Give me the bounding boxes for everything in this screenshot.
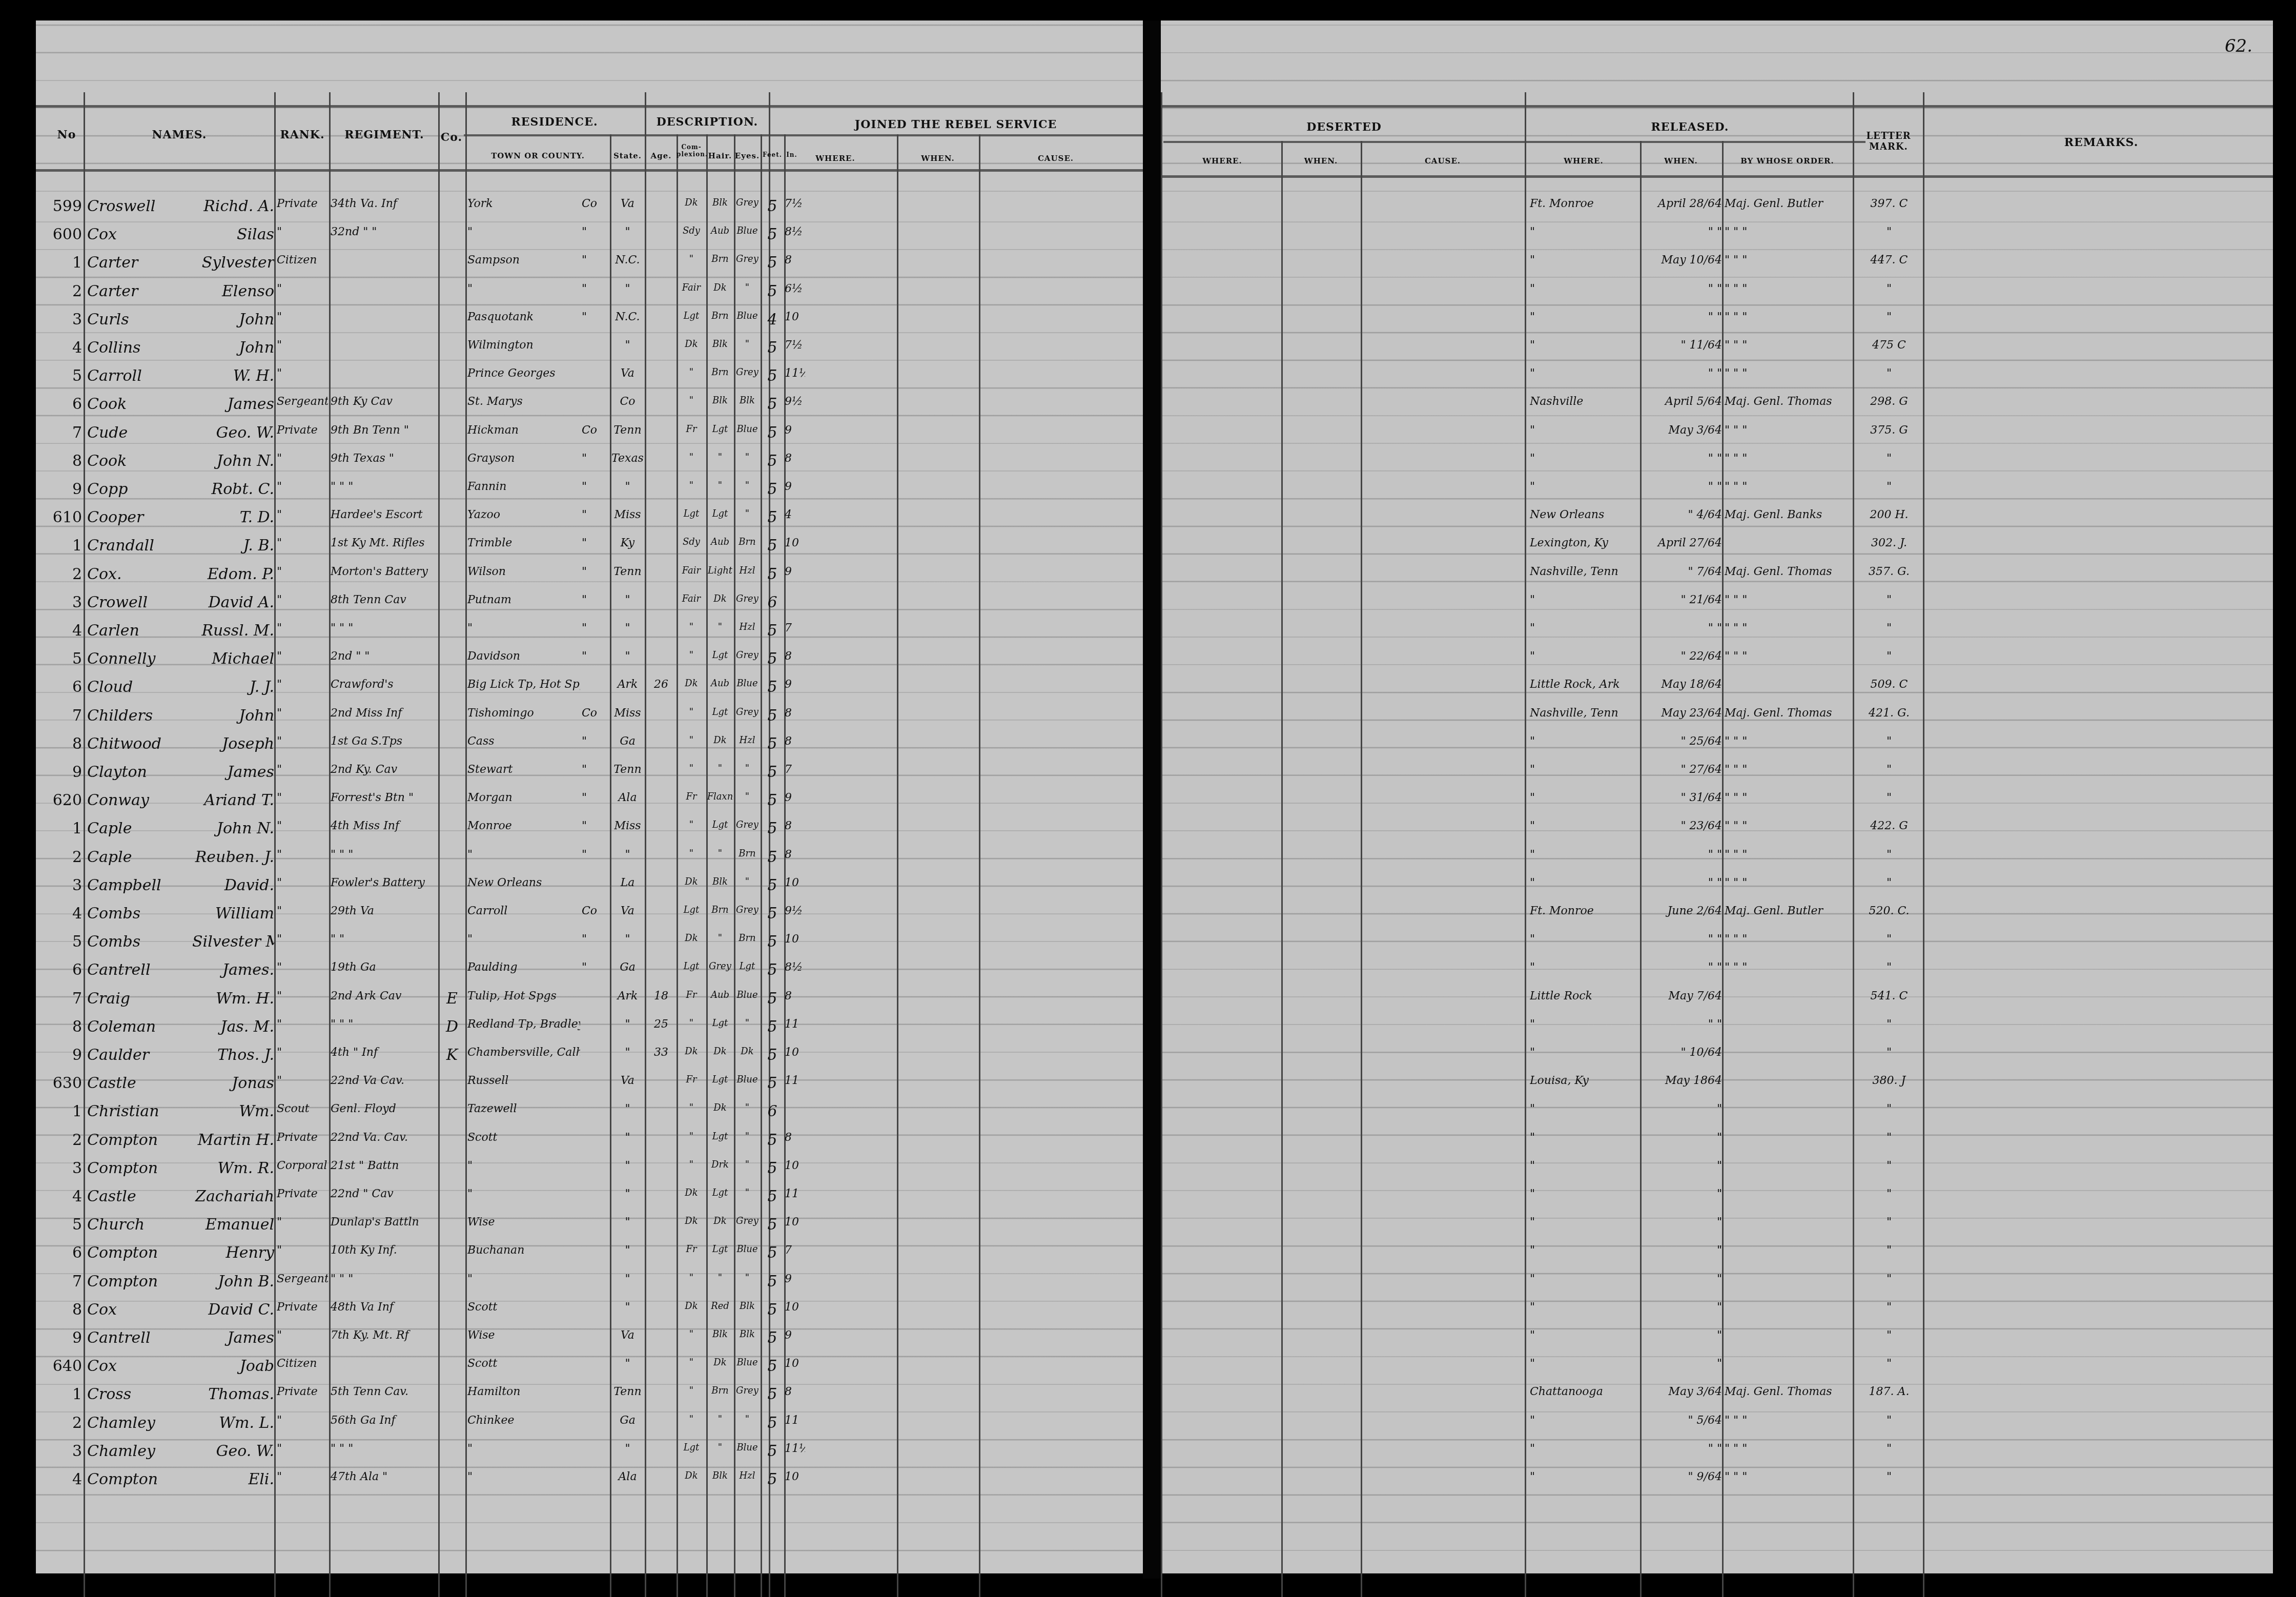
released-when: " "	[1643, 311, 1722, 323]
state: "	[611, 480, 644, 493]
hair: Lgt	[706, 1187, 734, 1198]
regiment: 2nd Ark Cav	[331, 990, 438, 1002]
given-name: David.	[192, 876, 274, 894]
row-number: 3	[41, 311, 82, 329]
complexion: Fr	[676, 424, 706, 435]
released-when: "	[1643, 1159, 1722, 1172]
hair: Aub	[706, 537, 734, 547]
released-by-order: " " "	[1725, 226, 1853, 238]
eyes: Grey	[734, 1385, 761, 1396]
released-when: " "	[1643, 367, 1722, 380]
complexion: "	[676, 707, 706, 718]
letter-mark: "	[1856, 1159, 1922, 1172]
state: Va	[611, 1329, 644, 1342]
surname: Curls	[87, 311, 190, 329]
town-or-county: New Orleans	[467, 876, 580, 889]
height-feet: 5	[761, 1046, 784, 1064]
height-inches: 7	[785, 622, 805, 634]
town-or-county: Big Lick Tp, Hot Spgs	[467, 678, 580, 691]
letter-mark: "	[1856, 1301, 1922, 1314]
released-when: May 3/64	[1643, 1385, 1722, 1398]
height-feet: 5	[761, 1385, 784, 1403]
table-row: 610 Cooper T. D. " Hardee's Escort Yazoo…	[0, 508, 2296, 535]
eyes: Blk	[734, 395, 761, 406]
letter-mark: "	[1856, 311, 1922, 323]
row-number: 2	[41, 848, 82, 866]
surname: Christian	[87, 1102, 190, 1120]
hair: "	[706, 452, 734, 463]
rank: "	[277, 1216, 328, 1229]
eyes: "	[734, 791, 761, 802]
town-or-county: "	[467, 1187, 580, 1200]
regiment: 2nd Ky. Cav	[331, 763, 438, 776]
eyes: "	[734, 1159, 761, 1170]
released-by-order: " " "	[1725, 933, 1853, 946]
complexion: Sdy	[676, 226, 706, 236]
released-when: May 23/64	[1643, 707, 1722, 720]
table-row: 3 Compton Wm. R. Corporal 21st " Battn "…	[0, 1159, 2296, 1186]
hair: Aub	[706, 678, 734, 689]
town-or-county: "	[467, 622, 580, 634]
complexion: "	[676, 1131, 706, 1142]
released-by-order: Maj. Genl. Butler	[1725, 905, 1853, 917]
height-inches: 7½	[785, 197, 805, 210]
eyes: Blue	[734, 990, 761, 1000]
state: "	[611, 1216, 644, 1229]
eyes: Blue	[734, 1442, 761, 1453]
header-joined-rebel-service: JOINED THE REBEL SERVICE	[769, 118, 1143, 131]
hair: Blk	[706, 876, 734, 887]
state: "	[611, 593, 644, 606]
given-name: Richd. A.	[192, 197, 274, 215]
released-where: Chattanooga	[1530, 1385, 1640, 1398]
table-row: 4 Collins John " Wilmington " Dk Blk " 5…	[0, 339, 2296, 365]
height-inches: 11	[785, 1414, 805, 1427]
row-number: 7	[41, 1273, 82, 1291]
state: Miss	[611, 707, 644, 720]
letter-mark: "	[1856, 622, 1922, 634]
height-inches: 9	[785, 424, 805, 437]
state: Miss	[611, 508, 644, 521]
letter-mark: "	[1856, 593, 1922, 606]
complexion: "	[676, 820, 706, 830]
row-number: 5	[41, 650, 82, 668]
surname: Combs	[87, 905, 190, 923]
given-name: Wm. H.	[192, 990, 274, 1008]
rank: "	[277, 593, 328, 606]
row-number: 4	[41, 1187, 82, 1205]
regiment: 8th Tenn Cav	[331, 593, 438, 606]
regiment: 48th Va Inf	[331, 1301, 438, 1314]
town-or-county: Trimble	[467, 537, 580, 549]
released-when: " "	[1643, 961, 1722, 974]
hair: Lgt	[706, 1074, 734, 1085]
released-when: May 7/64	[1643, 990, 1722, 1002]
letter-mark: "	[1856, 1442, 1922, 1455]
released-where: "	[1530, 1159, 1640, 1172]
released-where: "	[1530, 1102, 1640, 1115]
released-where: "	[1530, 311, 1640, 323]
state: Tenn	[611, 763, 644, 776]
row-number: 4	[41, 622, 82, 640]
rank: "	[277, 282, 328, 295]
state: "	[611, 848, 644, 861]
rank: "	[277, 1074, 328, 1087]
height-inches: 10	[785, 1046, 805, 1059]
letter-mark: 200 H.	[1856, 508, 1922, 521]
regiment: " " "	[331, 1442, 438, 1455]
complexion: "	[676, 1273, 706, 1283]
state: "	[611, 1187, 644, 1200]
state: Ky	[611, 537, 644, 549]
letter-mark: "	[1856, 961, 1922, 974]
letter-mark: "	[1856, 1329, 1922, 1342]
height-feet: 5	[761, 367, 784, 385]
town-or-county: "	[467, 933, 580, 946]
height-inches: 9½	[785, 905, 805, 917]
given-name: J. J.	[192, 678, 274, 696]
released-by-order: " " "	[1725, 961, 1853, 974]
page-number: 62.	[2225, 36, 2252, 56]
rank: "	[277, 1470, 328, 1483]
row-number: 9	[41, 763, 82, 781]
eyes: Brn	[734, 848, 761, 859]
given-name: James	[192, 1329, 274, 1347]
height-feet: 5	[761, 1273, 784, 1291]
height-inches: 10	[785, 933, 805, 946]
released-where: "	[1530, 961, 1640, 974]
height-inches: 11	[785, 1074, 805, 1087]
released-where: "	[1530, 1329, 1640, 1342]
given-name: John B.	[192, 1273, 274, 1291]
town-or-county: Tulip, Hot Spgs	[467, 990, 580, 1002]
letter-mark: "	[1856, 1470, 1922, 1483]
hair: Lgt	[706, 650, 734, 661]
complexion: "	[676, 480, 706, 491]
regiment: 22nd Va. Cav.	[331, 1131, 438, 1144]
hair: Lgt	[706, 820, 734, 830]
town-or-county: Pasquotank	[467, 311, 580, 323]
letter-mark: "	[1856, 1046, 1922, 1059]
table-row: 2 Cox. Edom. P. " Morton's Battery Wilso…	[0, 565, 2296, 592]
hair: "	[706, 480, 734, 491]
header-no: No	[51, 128, 82, 141]
eyes: "	[734, 480, 761, 491]
released-where: "	[1530, 1187, 1640, 1200]
row-number: 2	[41, 1131, 82, 1149]
height-inches: 10	[785, 311, 805, 323]
hair: Drk	[706, 1159, 734, 1170]
county-suffix: Co	[582, 424, 610, 437]
header-age: Age.	[646, 151, 676, 160]
complexion: "	[676, 395, 706, 406]
town-or-county: "	[467, 226, 580, 238]
county-suffix: "	[582, 961, 610, 974]
height-feet: 5	[761, 1414, 784, 1432]
released-where: Nashville	[1530, 395, 1640, 408]
header-remarks: REMARKS.	[1927, 136, 2275, 149]
surname: Church	[87, 1216, 190, 1234]
height-inches: 8½	[785, 226, 805, 238]
complexion: Dk	[676, 678, 706, 689]
eyes: Blue	[734, 678, 761, 689]
given-name: T. D.	[192, 508, 274, 526]
state: Ala	[611, 791, 644, 804]
surname: Castle	[87, 1074, 190, 1092]
complexion: "	[676, 452, 706, 463]
released-when: " "	[1643, 933, 1722, 946]
complexion: Dk	[676, 197, 706, 208]
eyes: "	[734, 876, 761, 887]
hair: Brn	[706, 1385, 734, 1396]
given-name: Emanuel	[192, 1216, 274, 1234]
released-when: " 22/64	[1643, 650, 1722, 663]
hair: Dk	[706, 1102, 734, 1113]
county-suffix: "	[582, 593, 610, 606]
table-row: 8 Cook John N. " 9th Texas " Grayson " T…	[0, 452, 2296, 479]
rank: "	[277, 1046, 328, 1059]
town-or-county: Russell	[467, 1074, 580, 1087]
state: Texas	[611, 452, 644, 465]
town-or-county: Scott	[467, 1131, 580, 1144]
town-or-county: Stewart	[467, 763, 580, 776]
released-where: Nashville, Tenn	[1530, 565, 1640, 578]
height-inches: 8	[785, 452, 805, 465]
letter-mark: 302. J.	[1856, 537, 1922, 549]
letter-mark: "	[1856, 848, 1922, 861]
row-number: 5	[41, 1216, 82, 1234]
row-number: 3	[41, 593, 82, 611]
town-or-county: Carroll	[467, 905, 580, 917]
given-name: James	[192, 763, 274, 781]
released-when: " 11/64	[1643, 339, 1722, 352]
height-inches: 11	[785, 1187, 805, 1200]
row-number: 9	[41, 1046, 82, 1064]
eyes: Grey	[734, 197, 761, 208]
released-by-order: " " "	[1725, 1470, 1853, 1483]
eyes: "	[734, 763, 761, 774]
released-where: "	[1530, 226, 1640, 238]
height-inches: 8	[785, 990, 805, 1002]
letter-mark: 375. G	[1856, 424, 1922, 437]
header-description: DESCRIPTION.	[646, 115, 769, 129]
header-joined-when: WHEN.	[897, 154, 979, 163]
row-number: 630	[41, 1074, 82, 1092]
town-or-county: Monroe	[467, 820, 580, 832]
height-feet: 5	[761, 282, 784, 300]
height-inches: 9	[785, 791, 805, 804]
complexion: "	[676, 367, 706, 378]
height-feet: 5	[761, 226, 784, 243]
released-when: " 5/64	[1643, 1414, 1722, 1427]
surname: Carlen	[87, 622, 190, 640]
complexion: Fair	[676, 565, 706, 576]
surname: Clayton	[87, 763, 190, 781]
header-released: RELEASED.	[1527, 120, 1853, 134]
regiment: 56th Ga Inf	[331, 1414, 438, 1427]
given-name: Martin H.	[192, 1131, 274, 1149]
height-inches: 8	[785, 254, 805, 267]
regiment: 22nd Va Cav.	[331, 1074, 438, 1087]
eyes: "	[734, 1187, 761, 1198]
eyes: Blue	[734, 1357, 761, 1368]
header-released-where: WHERE.	[1527, 156, 1640, 166]
header-eyes: Eyes.	[734, 151, 761, 160]
town-or-county: Sampson	[467, 254, 580, 267]
surname: Crandall	[87, 537, 190, 555]
state: "	[611, 1301, 644, 1314]
released-where: "	[1530, 791, 1640, 804]
state: Ark	[611, 678, 644, 691]
regiment: Crawford's	[331, 678, 438, 691]
town-or-county: "	[467, 1159, 580, 1172]
height-feet: 5	[761, 933, 784, 951]
released-where: "	[1530, 254, 1640, 267]
eyes: "	[734, 339, 761, 350]
rank: "	[277, 707, 328, 720]
height-feet: 5	[761, 508, 784, 526]
letter-mark: "	[1856, 763, 1922, 776]
company: E	[440, 990, 464, 1008]
surname: Carroll	[87, 367, 190, 385]
height-feet: 5	[761, 424, 784, 442]
height-feet: 5	[761, 1187, 784, 1205]
surname: Compton	[87, 1131, 190, 1149]
state: "	[611, 1273, 644, 1285]
company: D	[440, 1018, 464, 1036]
eyes: Grey	[734, 254, 761, 264]
released-where: "	[1530, 282, 1640, 295]
eyes: "	[734, 1102, 761, 1113]
complexion: Lgt	[676, 508, 706, 519]
hair: Blk	[706, 339, 734, 350]
eyes: Brn	[734, 537, 761, 547]
rank: "	[277, 1018, 328, 1031]
released-where: "	[1530, 622, 1640, 634]
company: K	[440, 1046, 464, 1064]
county-suffix: "	[582, 282, 610, 295]
town-or-county: Davidson	[467, 650, 580, 663]
released-where: "	[1530, 1357, 1640, 1370]
given-name: J. B.	[192, 537, 274, 555]
row-number: 4	[41, 1470, 82, 1488]
released-when: " "	[1643, 1442, 1722, 1455]
surname: Collins	[87, 339, 190, 357]
town-or-county: Morgan	[467, 791, 580, 804]
rank: "	[277, 791, 328, 804]
county-suffix: "	[582, 848, 610, 861]
table-row: 2 Compton Martin H. Private 22nd Va. Cav…	[0, 1131, 2296, 1158]
hair: Grey	[706, 961, 734, 972]
released-where: "	[1530, 1046, 1640, 1059]
complexion: Lgt	[676, 961, 706, 972]
released-by-order: " " "	[1725, 254, 1853, 267]
letter-mark: "	[1856, 367, 1922, 380]
rank: "	[277, 876, 328, 889]
letter-mark: 397. C	[1856, 197, 1922, 210]
hair: Dk	[706, 1216, 734, 1226]
table-row: 7 Craig Wm. H. " 2nd Ark Cav E Tulip, Ho…	[0, 990, 2296, 1016]
complexion: Sdy	[676, 537, 706, 547]
eyes: Blue	[734, 226, 761, 236]
surname: Compton	[87, 1470, 190, 1488]
height-feet: 5	[761, 537, 784, 555]
regiment: 32nd " "	[331, 226, 438, 238]
letter-mark: "	[1856, 1244, 1922, 1257]
surname: Compton	[87, 1159, 190, 1177]
state: Ga	[611, 735, 644, 748]
rank: "	[277, 452, 328, 465]
given-name: James	[192, 395, 274, 413]
regiment: 22nd " Cav	[331, 1187, 438, 1200]
given-name: John N.	[192, 820, 274, 837]
released-when: " 25/64	[1643, 735, 1722, 748]
county-suffix: "	[582, 622, 610, 634]
town-or-county: "	[467, 1470, 580, 1483]
given-name: Silvester M.	[192, 933, 274, 951]
height-feet: 6	[761, 593, 784, 611]
hair: Lgt	[706, 508, 734, 519]
county-suffix: "	[582, 452, 610, 465]
regiment: 9th Bn Tenn "	[331, 424, 438, 437]
height-feet: 5	[761, 1131, 784, 1149]
given-name: William	[192, 905, 274, 923]
height-feet: 5	[761, 1244, 784, 1262]
row-number: 7	[41, 707, 82, 725]
released-when: " "	[1643, 1018, 1722, 1031]
given-name: John	[192, 311, 274, 329]
released-where: Nashville, Tenn	[1530, 707, 1640, 720]
released-where: New Orleans	[1530, 508, 1640, 521]
released-when: " 9/64	[1643, 1470, 1722, 1483]
height-feet: 5	[761, 480, 784, 498]
row-number: 7	[41, 424, 82, 442]
given-name: Edom. P.	[192, 565, 274, 583]
header-residence: RESIDENCE.	[467, 115, 642, 129]
released-where: Lexington, Ky	[1530, 537, 1640, 549]
hair: Red	[706, 1301, 734, 1312]
town-or-county: Prince Georges	[467, 367, 580, 380]
table-row: 2 Caple Reuben. J. " " " " " " " " " Brn…	[0, 848, 2296, 875]
letter-mark: "	[1856, 1018, 1922, 1031]
county-suffix: "	[582, 508, 610, 521]
row-number: 6	[41, 678, 82, 696]
eyes: Blk	[734, 1329, 761, 1340]
eyes: Grey	[734, 1216, 761, 1226]
header-bottom-rule	[36, 169, 1143, 172]
state: "	[611, 226, 644, 238]
rank: Private	[277, 424, 328, 437]
eyes: Hzl	[734, 735, 761, 746]
released-where: "	[1530, 650, 1640, 663]
row-number: 2	[41, 282, 82, 300]
released-where: Ft. Monroe	[1530, 197, 1640, 210]
hair: Brn	[706, 254, 734, 264]
rank: "	[277, 565, 328, 578]
given-name: Michael	[192, 650, 274, 668]
eyes: Blue	[734, 424, 761, 435]
height-feet: 5	[761, 1074, 784, 1092]
released-when: " "	[1643, 622, 1722, 634]
town-or-county: Hamilton	[467, 1385, 580, 1398]
height-feet: 5	[761, 1159, 784, 1177]
complexion: "	[676, 650, 706, 661]
height-feet: 5	[761, 565, 784, 583]
regiment: 9th Ky Cav	[331, 395, 438, 408]
released-when: " 27/64	[1643, 763, 1722, 776]
table-row: 5 Combs Silvester M. " " " " " " Dk " Br…	[0, 933, 2296, 959]
released-by-order: " " "	[1725, 735, 1853, 748]
